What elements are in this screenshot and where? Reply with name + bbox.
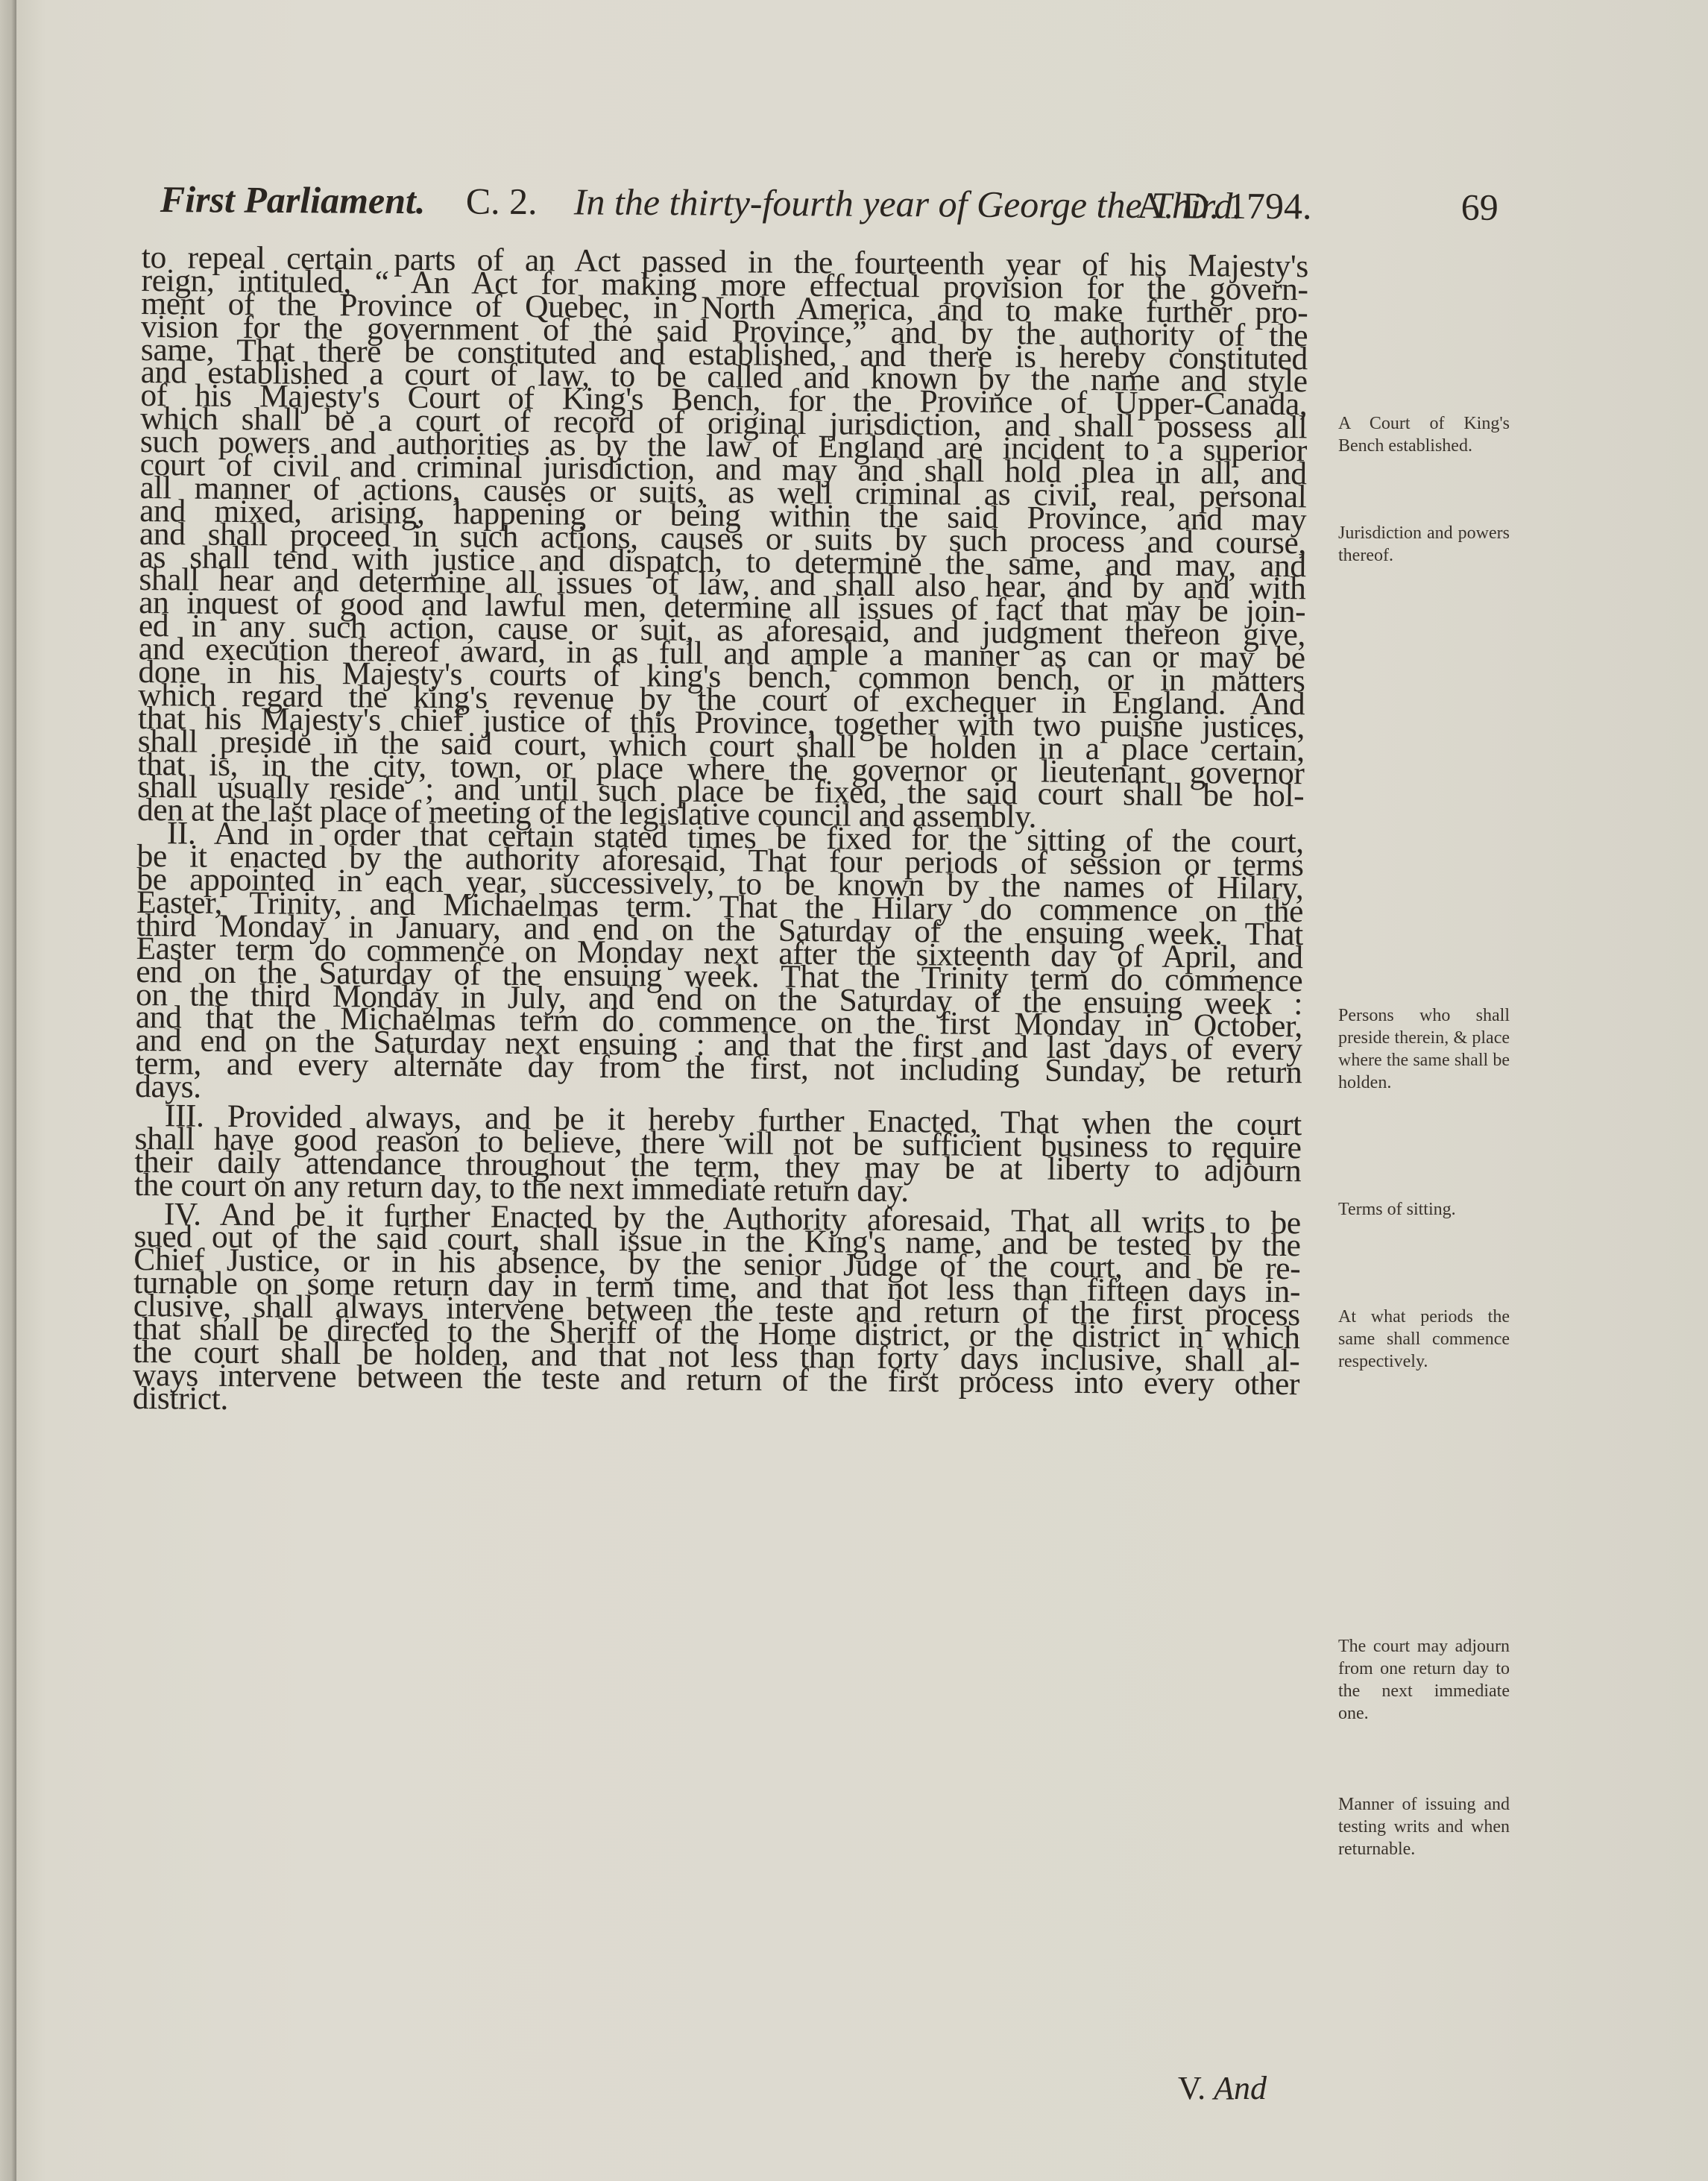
act-body-text: to repeal certain parts of an Act passed… — [133, 246, 1308, 1419]
margin-note-court-established: A Court of King's Bench established. — [1338, 412, 1510, 457]
page-number: 69 — [1461, 186, 1499, 229]
margin-note-jurisdiction: Jurisdiction and powers thereof. — [1338, 522, 1510, 567]
catchword: V. And — [1178, 2069, 1267, 2107]
header-chapter: C. 2. — [466, 180, 538, 224]
text-line: ways intervene between the teste and ret… — [133, 1364, 1299, 1396]
margin-note-terms-sitting: Terms of sitting. — [1338, 1198, 1510, 1221]
header-anno-domini: A. D. 1794. — [1137, 183, 1312, 227]
text-line: term, and every alternate day from the f… — [135, 1052, 1302, 1084]
catchword-section: V. — [1178, 2070, 1206, 2106]
header-parliament: First Parliament. — [160, 177, 426, 222]
margin-note-persons-preside: Persons who shall preside therein, & pla… — [1338, 1004, 1510, 1094]
running-header: First Parliament. C. 2. In the thirty-fo… — [160, 177, 1517, 238]
margin-note-writs: Manner of issuing and testing writs and … — [1338, 1793, 1510, 1860]
book-binding-gutter — [0, 0, 16, 2181]
margin-note-adjourn: The court may adjourn from one return da… — [1338, 1635, 1510, 1725]
catchword-word: And — [1214, 2070, 1267, 2106]
margin-note-periods: At what periods the same shall commence … — [1338, 1306, 1510, 1373]
